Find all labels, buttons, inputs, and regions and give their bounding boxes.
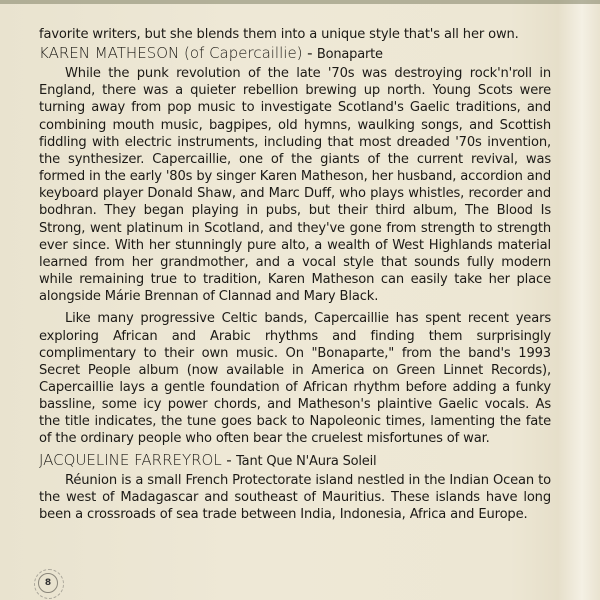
song-title: Tant Que N'Aura Soleil [236,454,376,469]
page-content: favorite writers, but she blends them in… [39,26,551,523]
scan-edge [0,0,600,4]
paragraph: While the punk revolution of the late '7… [39,65,551,305]
page-number-badge: 8 [38,573,58,593]
booklet-page: favorite writers, but she blends them in… [0,0,600,600]
section-heading-jacqueline-farreyrol: JACQUELINE FARREYROL - Tant Que N'Aura S… [39,450,551,472]
artist-name: KAREN MATHESON (of Capercaillie) [39,44,303,62]
heading-separator: - [303,44,317,62]
song-title: Bonaparte [317,47,383,62]
paragraph: Réunion is a small French Protectorate i… [39,472,551,523]
paragraph: Like many progressive Celtic bands, Cape… [39,310,551,447]
artist-name: JACQUELINE FARREYROL [39,451,222,469]
intro-tail-text: favorite writers, but she blends them in… [39,26,551,43]
heading-separator: - [222,451,236,469]
section-heading-karen-matheson: KAREN MATHESON (of Capercaillie) - Bonap… [39,43,551,65]
